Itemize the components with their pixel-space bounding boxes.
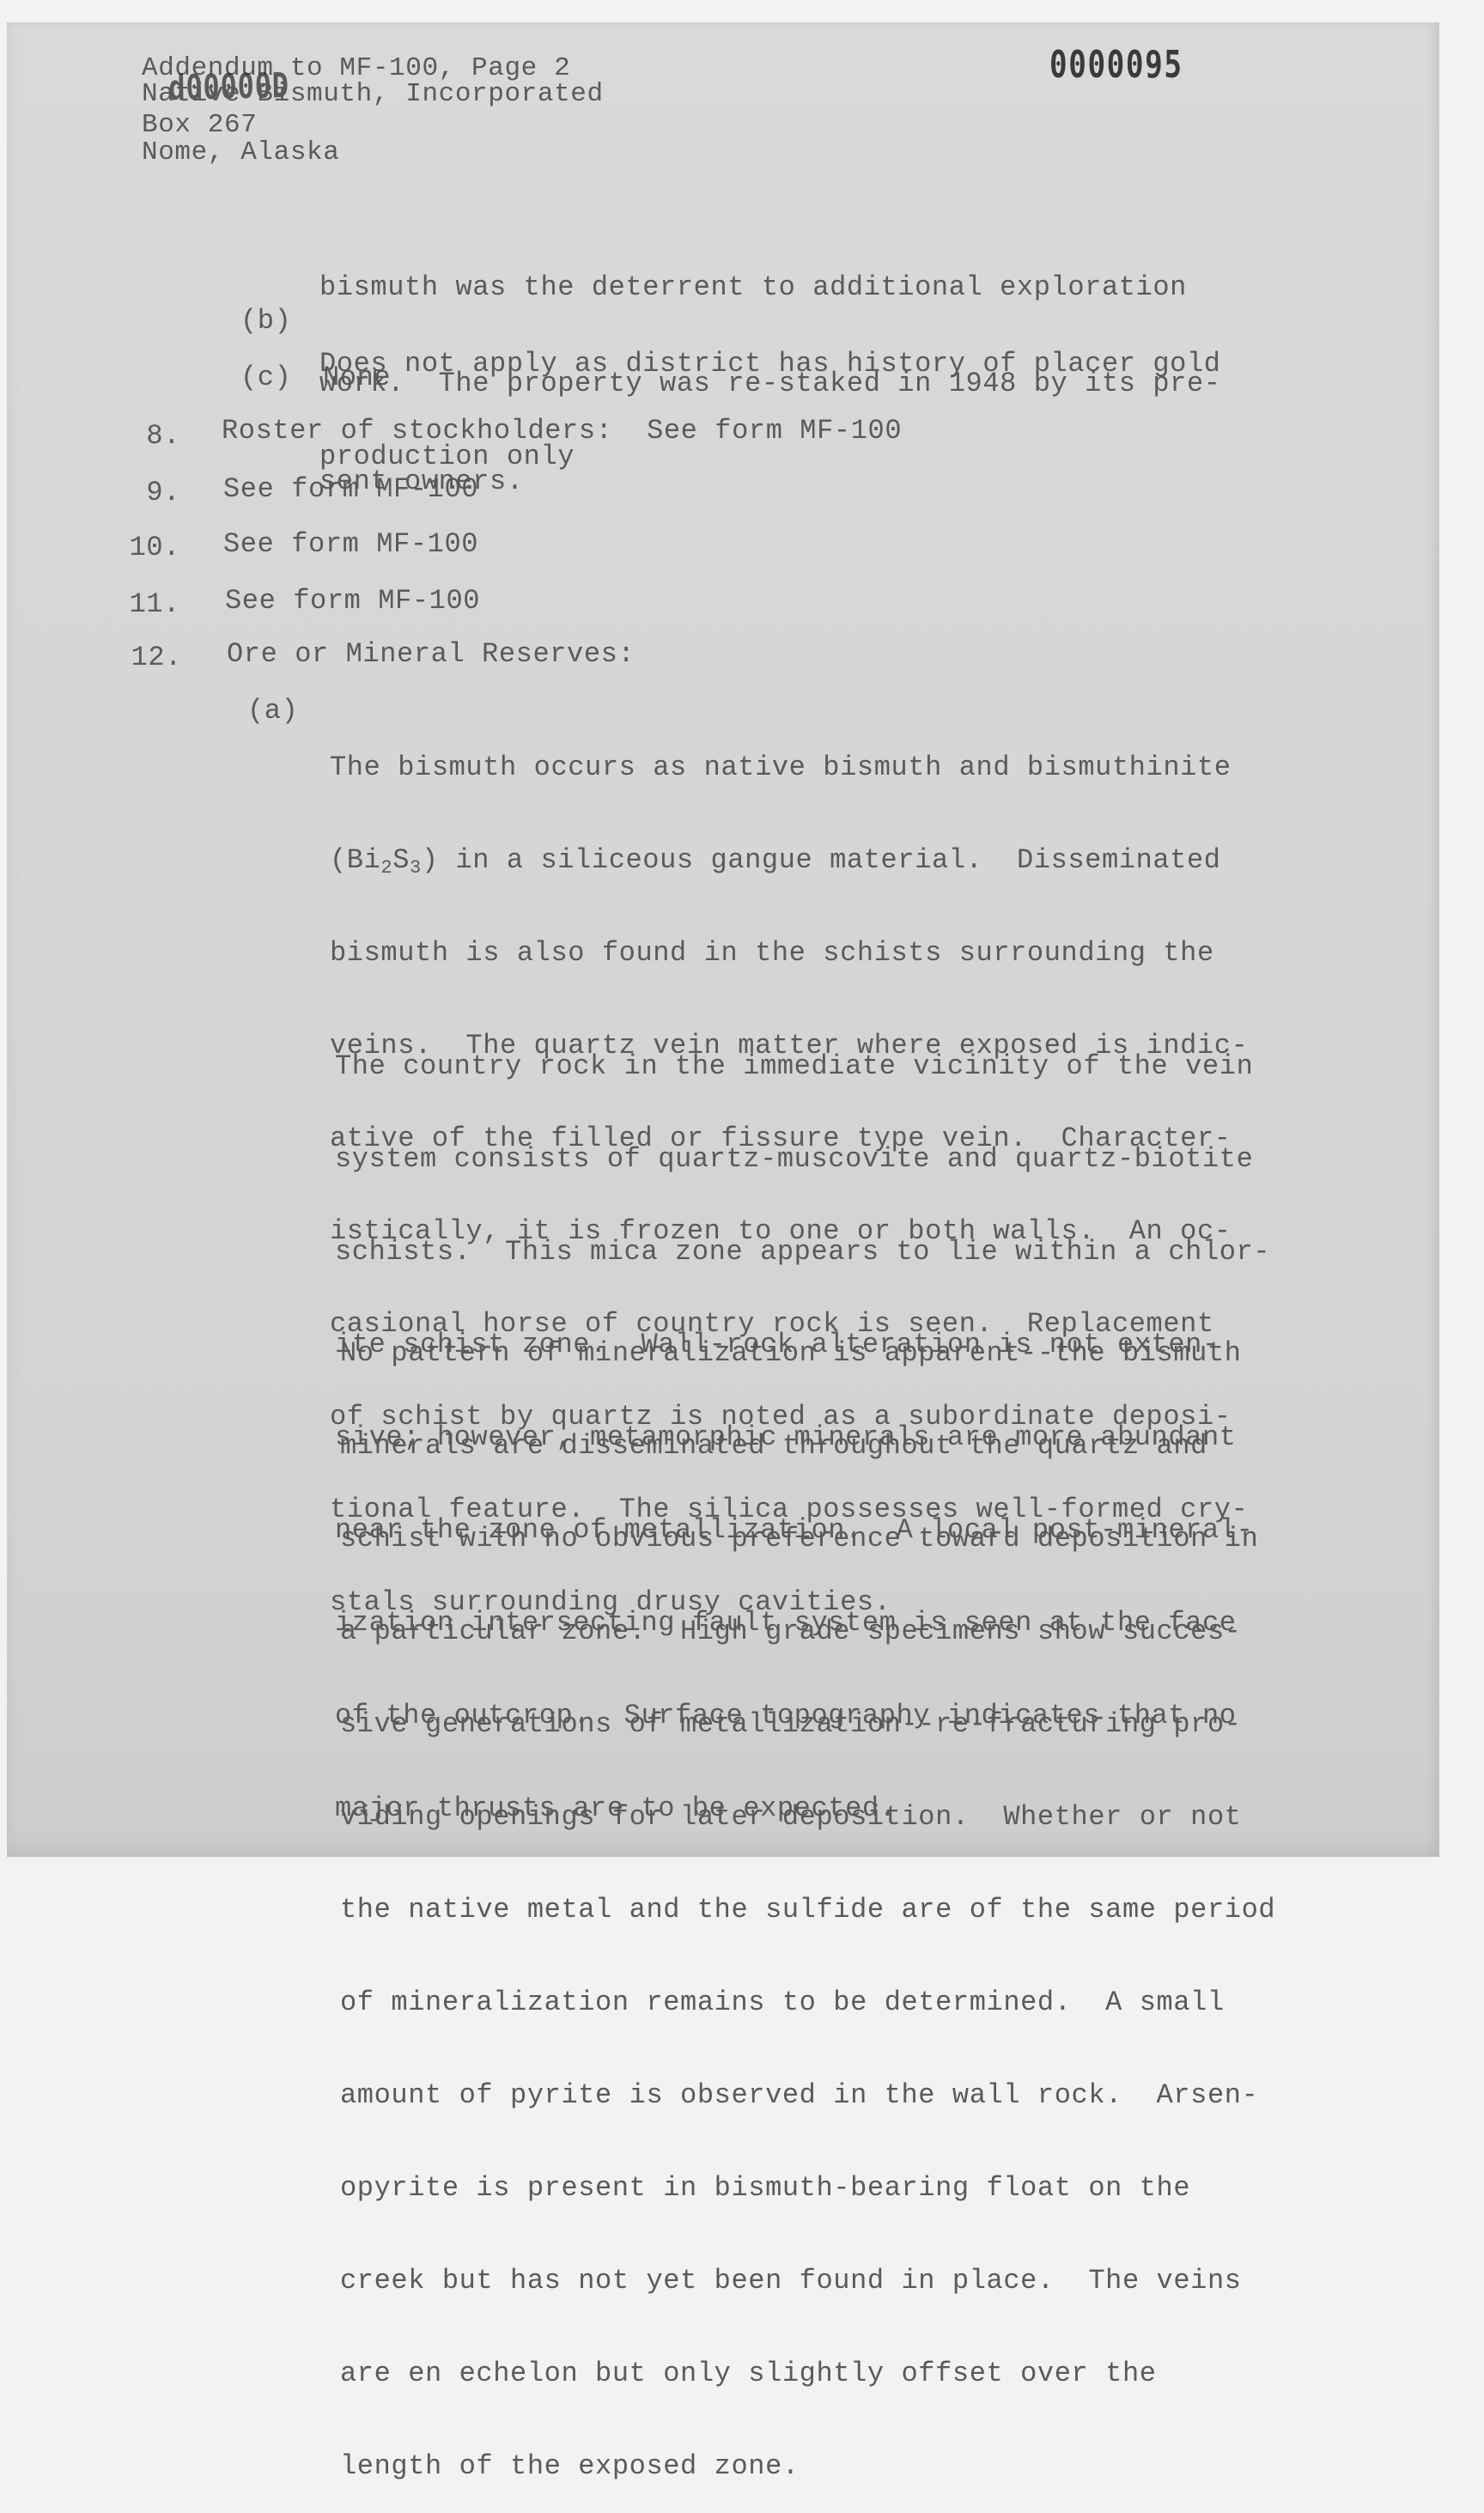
text-line: system consists of quartz-muscovite and … <box>335 1144 1270 1175</box>
item-number-8: 8. <box>129 421 180 452</box>
text-line: The bismuth occurs as native bismuth and… <box>330 752 1248 783</box>
item-number-9: 9. <box>129 478 180 508</box>
item-11-text: See form MF-100 <box>225 586 480 617</box>
text-line: The country rock in the immediate vicini… <box>335 1051 1270 1082</box>
control-number-stamp: 0000095 <box>1049 43 1183 87</box>
item-number-10: 10. <box>129 532 180 563</box>
header-city-line: Nome, Alaska <box>142 137 339 168</box>
item-9-text: See form MF-100 <box>223 474 478 505</box>
text-line: schist with no obvious preference toward… <box>340 1524 1275 1555</box>
item-number-11: 11. <box>129 589 180 620</box>
sub-item-label-a: (a) <box>247 696 298 727</box>
text-line: viding openings for later deposition. Wh… <box>340 1802 1275 1833</box>
text-line: Does not apply as district has history o… <box>319 349 1221 380</box>
text-line: (Bi2S3) in a siliceous gangue material. … <box>330 845 1248 876</box>
text-line: minerals are disseminated throughout the… <box>340 1431 1275 1462</box>
text-line: a particular zone. High grade specimens … <box>340 1616 1275 1647</box>
item-10-text: See form MF-100 <box>223 529 478 560</box>
sub-item-label-b: (b) <box>240 306 291 337</box>
text-line: bismuth is also found in the schists sur… <box>330 938 1248 969</box>
sub-item-c-text: None <box>323 362 391 393</box>
sub-item-label-c: (c) <box>240 362 291 393</box>
item-number-12: 12. <box>131 642 182 673</box>
header-company-line: Native Bismuth, Incorporated <box>142 79 604 110</box>
sub-item-b-text: Does not apply as district has history o… <box>319 287 1221 503</box>
header-box-line: Box 267 <box>142 110 257 141</box>
text-line: No pattern of mineralization is apparent… <box>340 1338 1275 1369</box>
reserves-paragraph-3: No pattern of mineralization is apparent… <box>340 1276 1275 1889</box>
item-8-text: Roster of stockholders: See form MF-100 <box>222 416 902 447</box>
item-12-heading: Ore or Mineral Reserves: <box>227 639 635 670</box>
text-line: sive generations of metallization--re-fr… <box>340 1709 1275 1740</box>
text-line: schists. This mica zone appears to lie w… <box>335 1237 1270 1268</box>
